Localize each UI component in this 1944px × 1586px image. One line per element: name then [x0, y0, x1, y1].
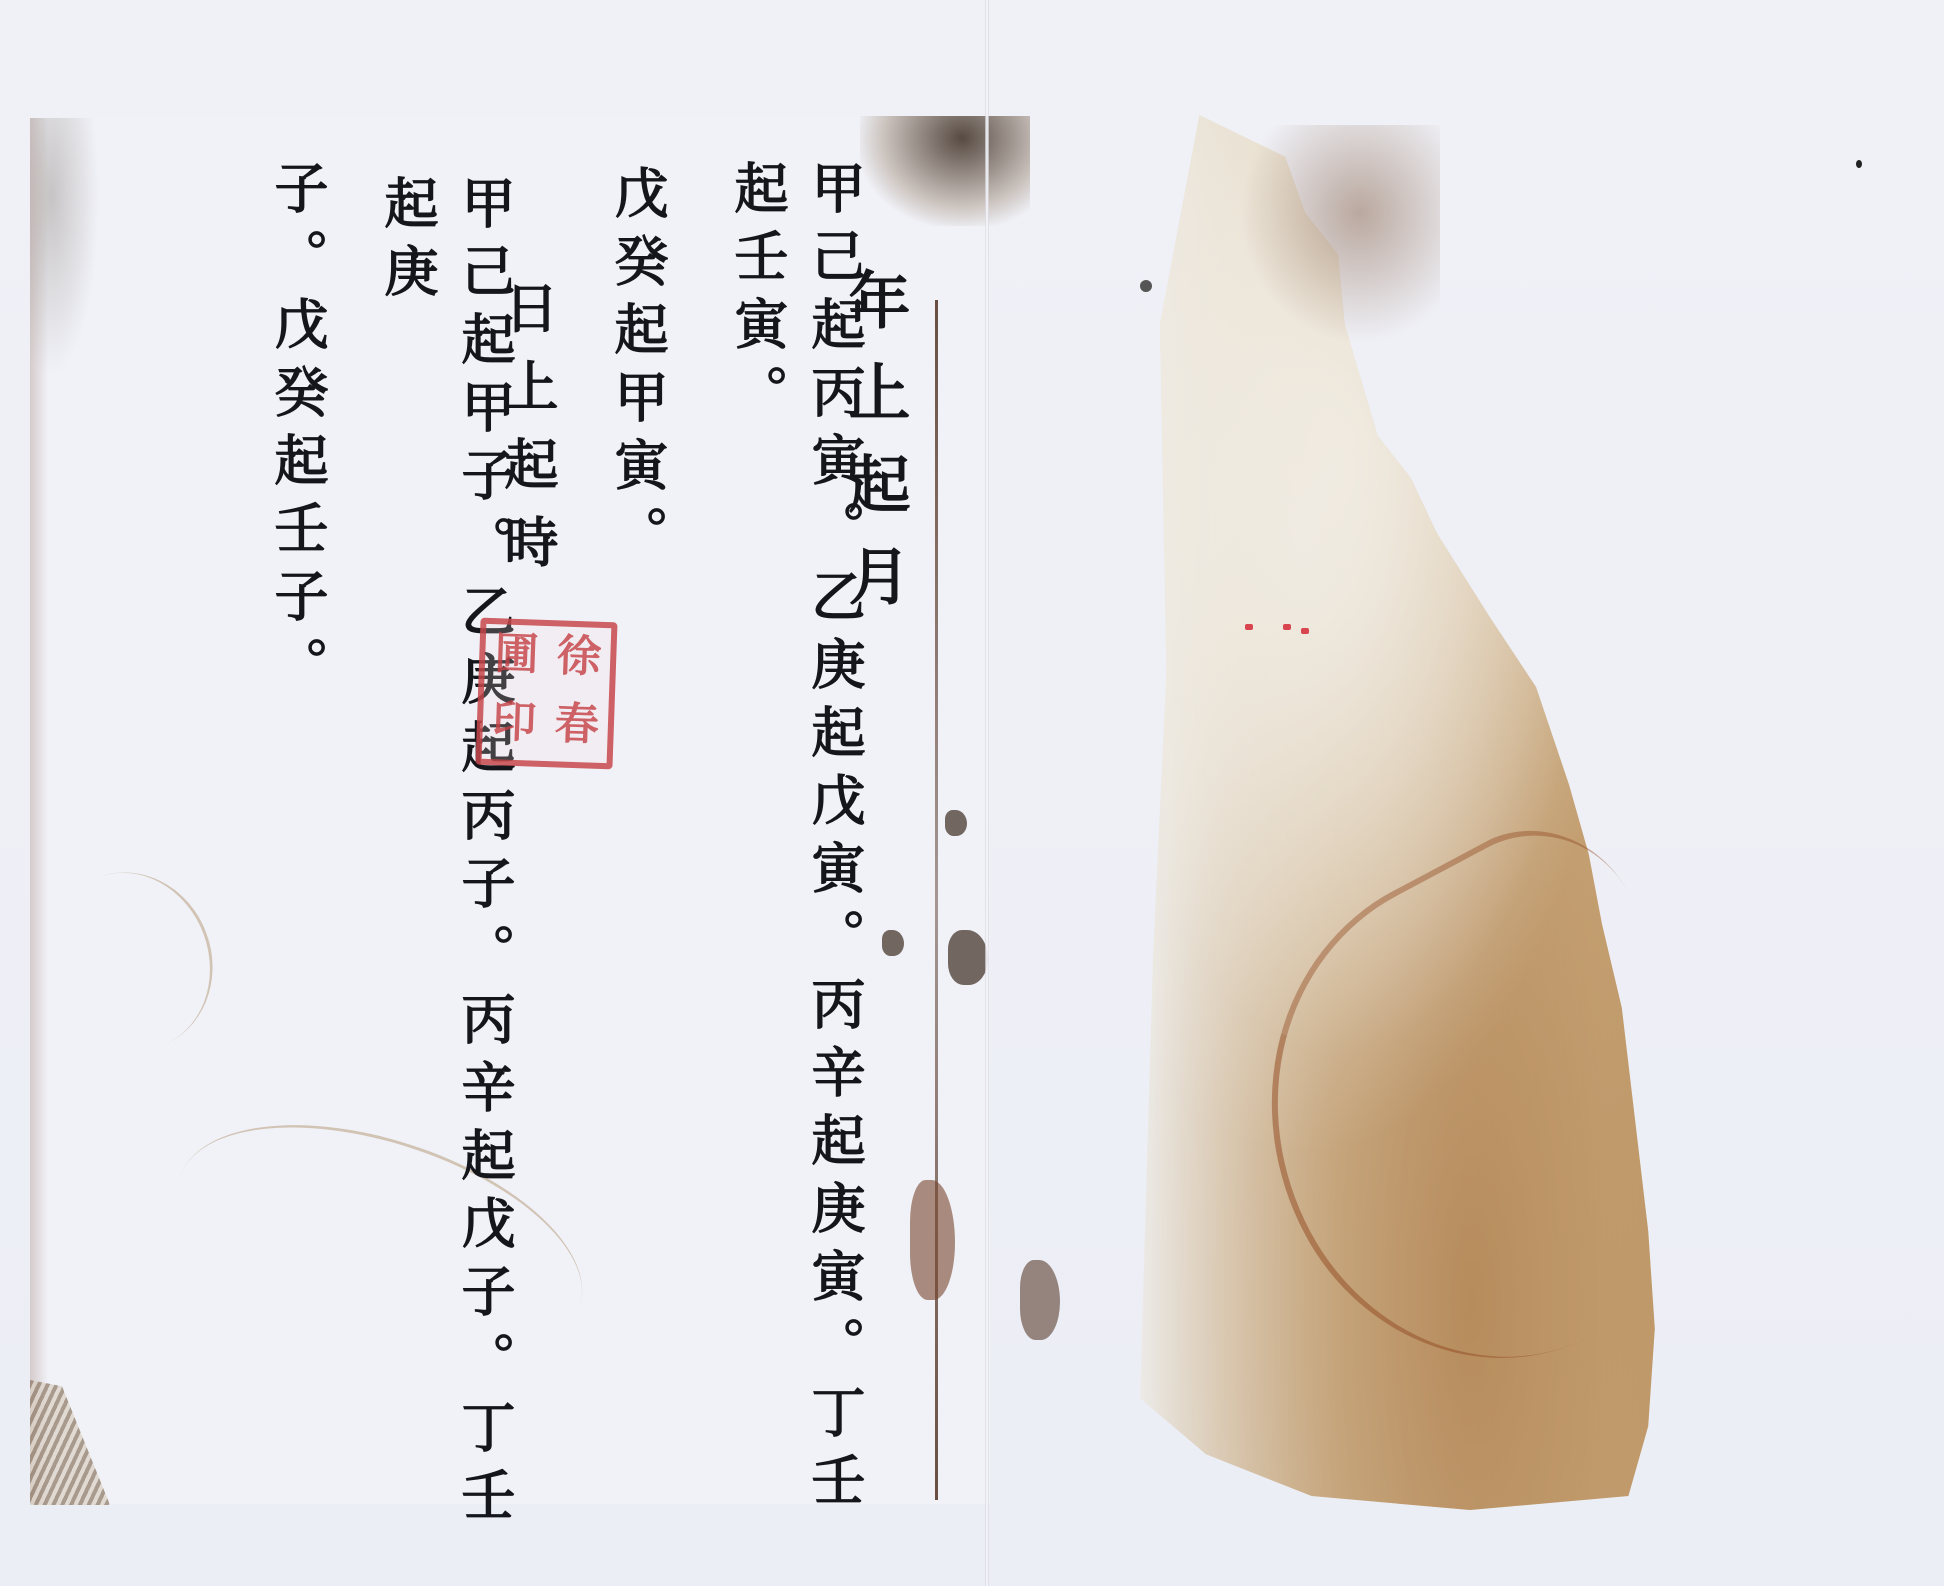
seal-char: 徐 — [547, 626, 612, 696]
red-mark — [1301, 628, 1309, 634]
speck — [1856, 160, 1862, 168]
left-edge-damage — [30, 118, 100, 378]
seal-char: 春 — [544, 694, 609, 764]
damage-blot — [945, 810, 967, 836]
red-seal-stamp: 圃 徐 印 春 — [475, 618, 617, 770]
seal-char: 印 — [482, 691, 547, 761]
page-crack — [935, 300, 938, 1500]
text-column-2: 戊癸起甲寅。 — [600, 165, 677, 573]
text-column-4: 甲己起甲子。乙庚起丙子。丙辛起戊子。丁壬起庚 — [370, 175, 524, 1586]
red-ink-marks — [1245, 620, 1325, 640]
stain-dark-region — [1240, 125, 1440, 345]
damage-blot — [910, 1180, 955, 1300]
speck — [1140, 280, 1152, 292]
seal-char: 圃 — [484, 624, 549, 694]
damage-blot — [948, 930, 988, 985]
damage-blot — [1020, 1260, 1060, 1340]
red-mark — [1245, 624, 1253, 630]
damage-blot — [882, 930, 904, 956]
red-mark — [1283, 624, 1291, 630]
text-column-5: 子。戊癸起壬子。 — [260, 160, 337, 704]
top-ink-stain — [860, 116, 1030, 226]
text-column-1: 甲己起丙寅。乙庚起戊寅。丙辛起庚寅。丁壬起壬寅。 — [720, 160, 874, 1586]
center-fold — [985, 0, 989, 1586]
